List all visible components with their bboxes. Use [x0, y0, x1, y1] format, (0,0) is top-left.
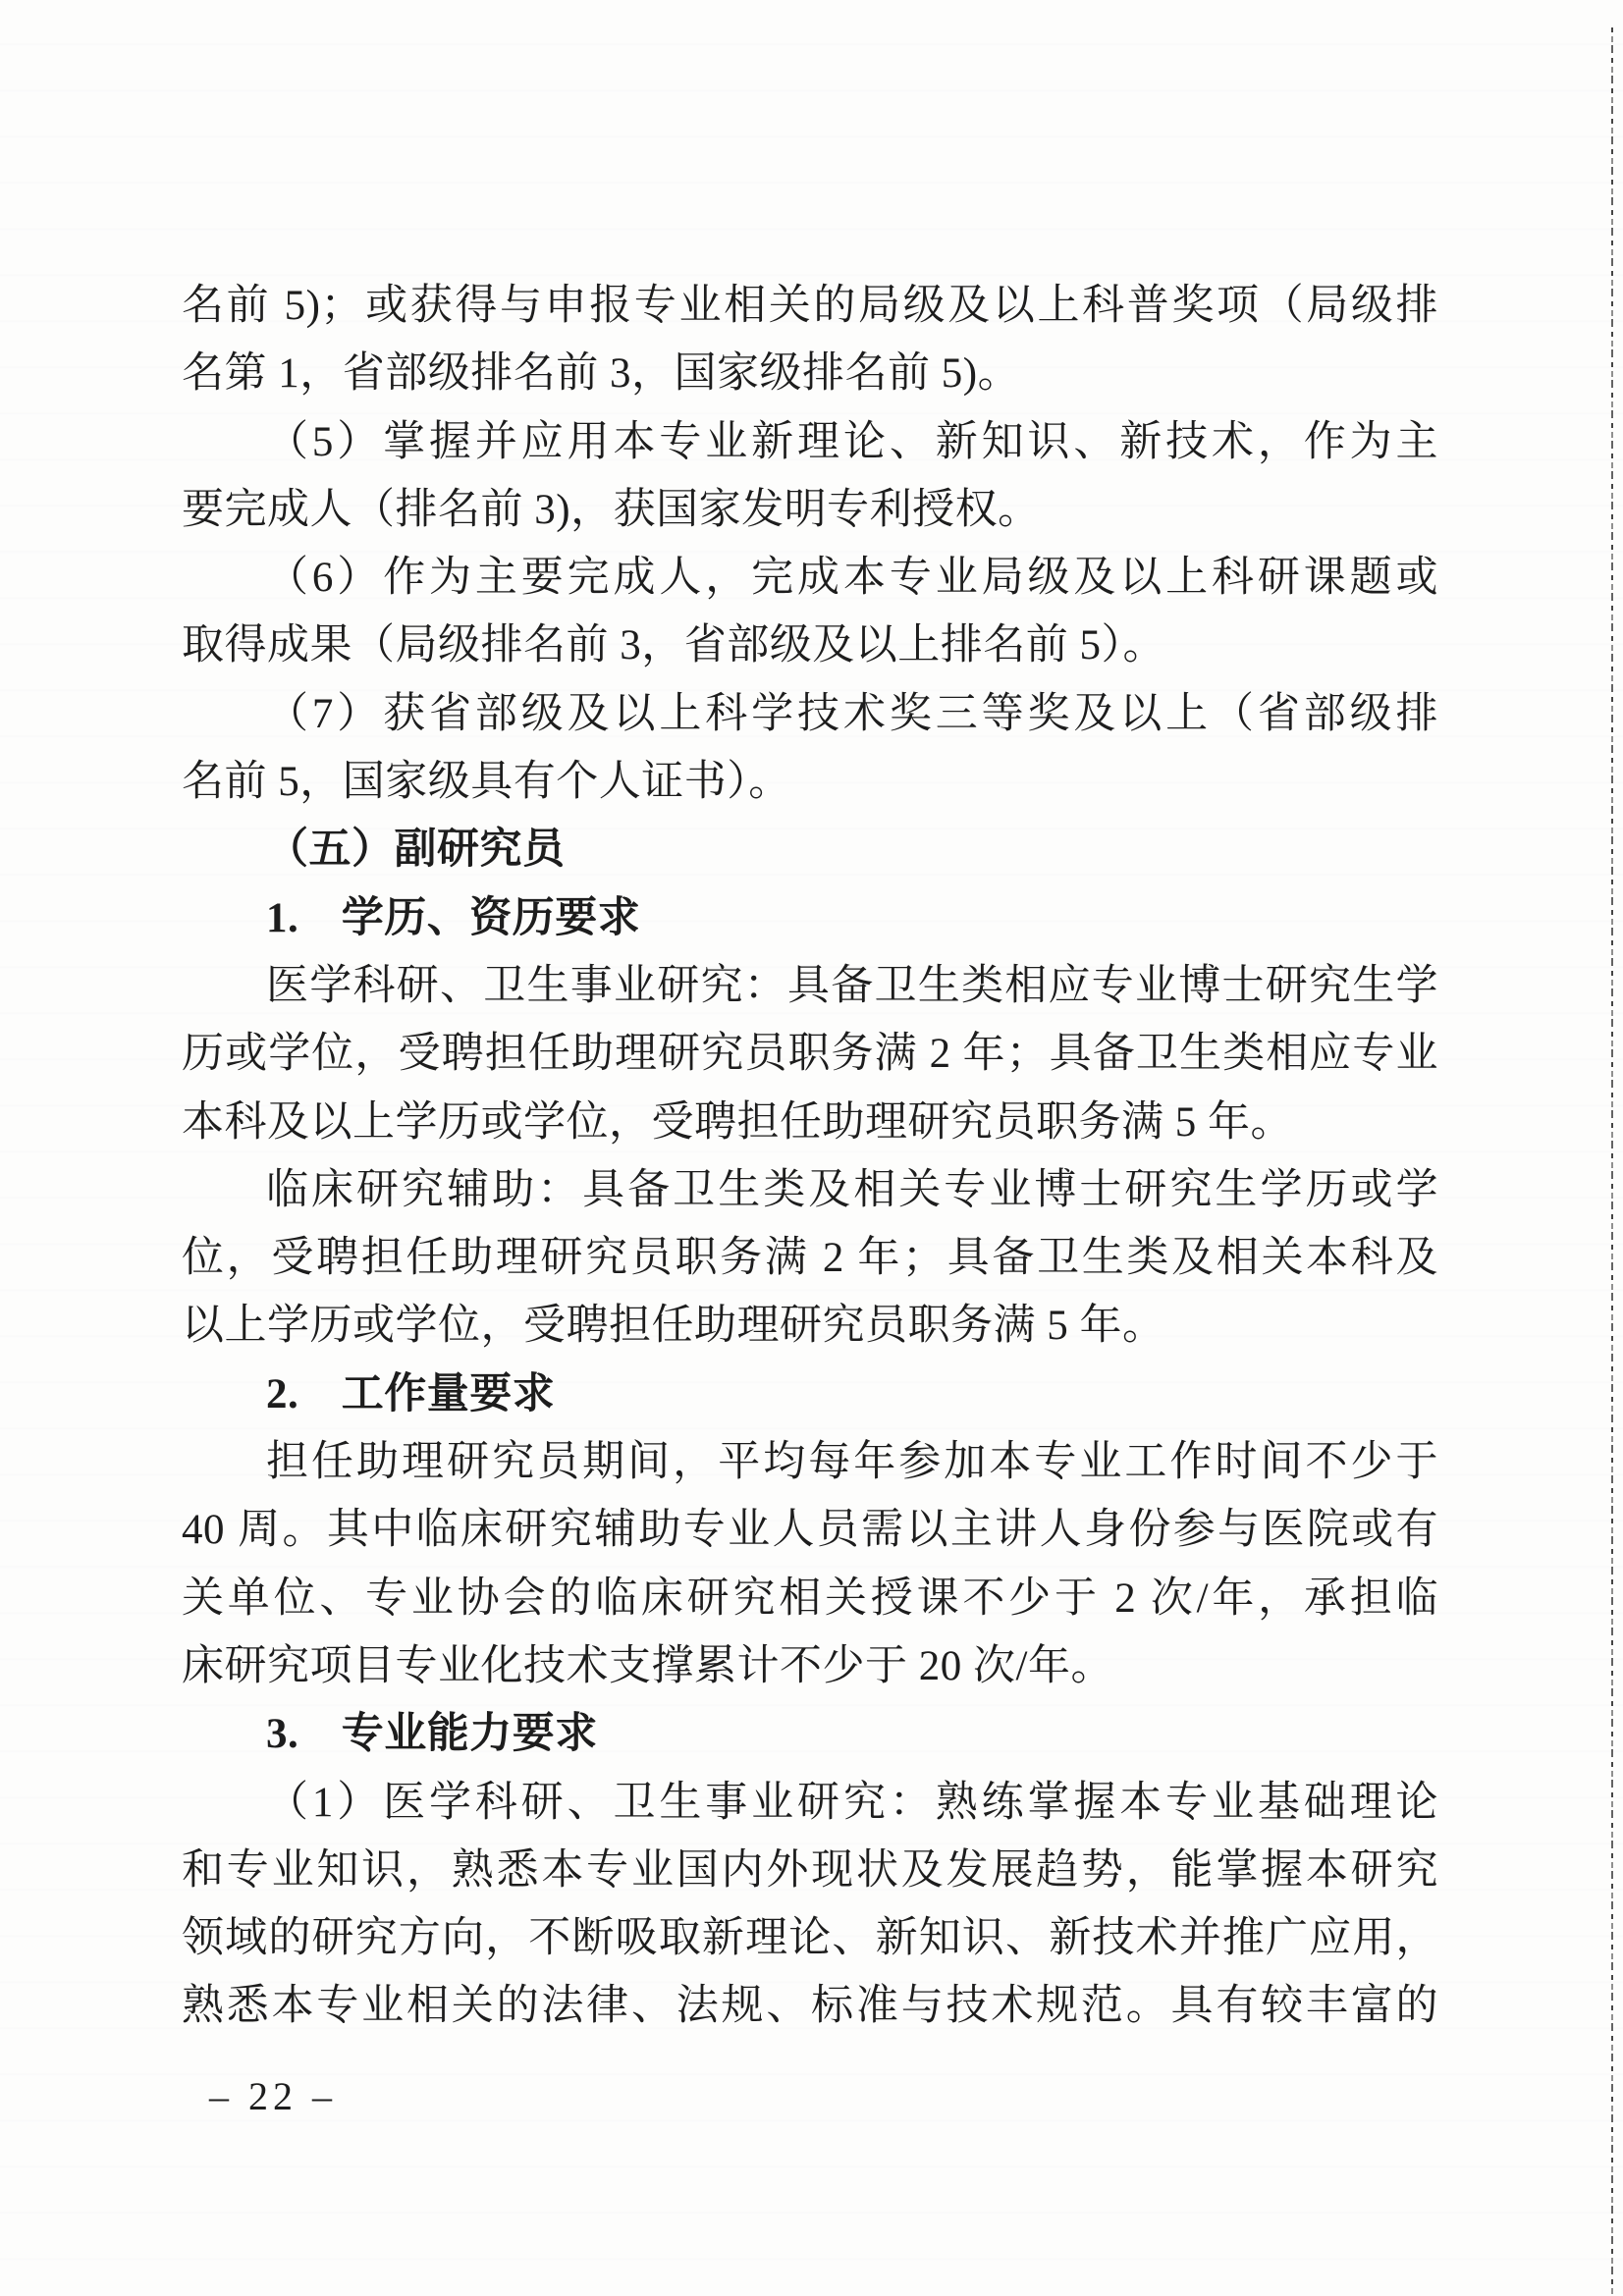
paragraph-line: （6）作为主要完成人，完成本专业局级及以上科研课题或 — [182, 544, 1438, 612]
section-heading: 2. 工作量要求 — [182, 1361, 1438, 1428]
paragraph-line: 位，受聘担任助理研究员职务满 2 年；具备卫生类及相关本科及 — [182, 1224, 1438, 1292]
paragraph-line: 取得成果（局级排名前 3，省部级及以上排名前 5）。 — [182, 612, 1438, 679]
paragraph-line: 名前 5，国家级具有个人证书）。 — [182, 748, 1438, 816]
paragraph-line: 本科及以上学历或学位，受聘担任助理研究员职务满 5 年。 — [182, 1089, 1438, 1156]
paragraph-line: 名前 5)；或获得与申报专业相关的局级及以上科普奖项（局级排 — [182, 272, 1438, 340]
paragraph-line: 临床研究辅助：具备卫生类及相关专业博士研究生学历或学 — [182, 1156, 1438, 1224]
page-number: – 22 – — [209, 2073, 337, 2119]
section-heading: 3. 专业能力要求 — [182, 1700, 1438, 1768]
paragraph-line: 40 周。其中临床研究辅助专业人员需以主讲人身份参与医院或有 — [182, 1496, 1438, 1564]
paragraph-line: 领域的研究方向，不断吸取新理论、新知识、新技术并推广应用， — [182, 1904, 1438, 1972]
paragraph-line: 以上学历或学位，受聘担任助理研究员职务满 5 年。 — [182, 1292, 1438, 1360]
scan-artifact-line — [1611, 27, 1613, 2296]
paragraph-line: 担任助理研究员期间，平均每年参加本专业工作时间不少于 — [182, 1428, 1438, 1496]
section-heading: （五）副研究员 — [182, 816, 1438, 883]
page-body-text: 名前 5)；或获得与申报专业相关的局级及以上科普奖项（局级排 名第 1，省部级排… — [182, 272, 1438, 2041]
paragraph-line: 要完成人（排名前 3)，获国家发明专利授权。 — [182, 476, 1438, 544]
document-page: 名前 5)；或获得与申报专业相关的局级及以上科普奖项（局级排 名第 1，省部级排… — [0, 0, 1623, 2296]
paragraph-line: 历或学位，受聘担任助理研究员职务满 2 年；具备卫生类相应专业 — [182, 1020, 1438, 1088]
paragraph-line: （1）医学科研、卫生事业研究：熟练掌握本专业基础理论 — [182, 1769, 1438, 1837]
paragraph-line: （5）掌握并应用本专业新理论、新知识、新技术，作为主 — [182, 408, 1438, 476]
paragraph-line: 名第 1，省部级排名前 3，国家级排名前 5)。 — [182, 340, 1438, 407]
section-heading: 1. 学历、资历要求 — [182, 884, 1438, 952]
paragraph-line: 床研究项目专业化技术支撑累计不少于 20 次/年。 — [182, 1632, 1438, 1700]
paragraph-line: （7）获省部级及以上科学技术奖三等奖及以上（省部级排 — [182, 680, 1438, 748]
paragraph-line: 熟悉本专业相关的法律、法规、标准与技术规范。具有较丰富的 — [182, 1972, 1438, 2040]
paragraph-line: 关单位、专业协会的临床研究相关授课不少于 2 次/年，承担临 — [182, 1565, 1438, 1632]
paragraph-line: 医学科研、卫生事业研究：具备卫生类相应专业博士研究生学 — [182, 952, 1438, 1020]
paragraph-line: 和专业知识，熟悉本专业国内外现状及发展趋势，能掌握本研究 — [182, 1837, 1438, 1904]
